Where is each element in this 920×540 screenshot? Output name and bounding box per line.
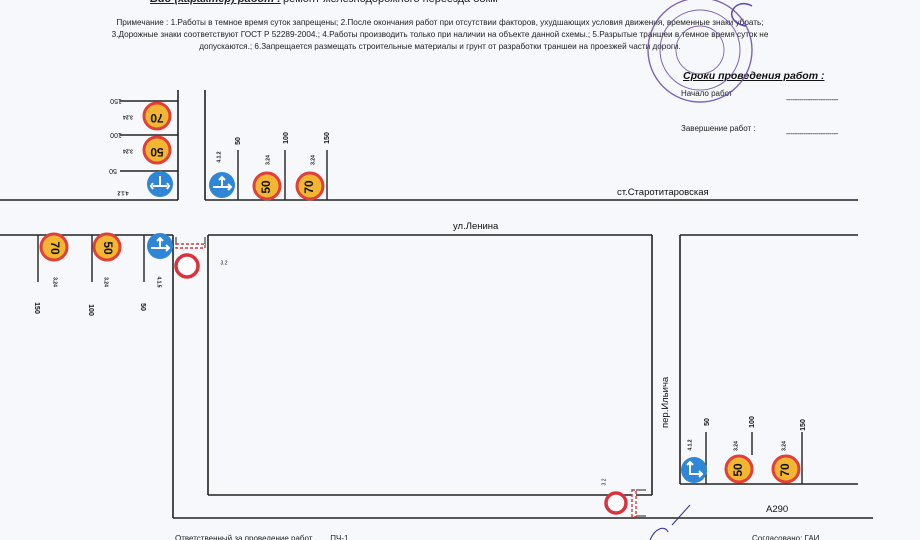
svg-text:3.24: 3.24 bbox=[123, 148, 133, 154]
svg-text:50: 50 bbox=[704, 418, 711, 426]
speed-limit-sign-70: 70 bbox=[144, 103, 170, 129]
street-label-main: ст.Старотитаровская bbox=[617, 187, 709, 198]
svg-text:3.24: 3.24 bbox=[52, 277, 58, 287]
svg-text:50: 50 bbox=[731, 463, 745, 477]
svg-text:70: 70 bbox=[48, 241, 62, 255]
svg-text:150: 150 bbox=[324, 132, 331, 144]
speed-limit-sign-50: 50 bbox=[144, 137, 170, 163]
svg-text:4.1.2: 4.1.2 bbox=[216, 151, 222, 162]
speed-limit-sign-50: 50 bbox=[254, 173, 280, 199]
svg-text:150: 150 bbox=[800, 419, 807, 431]
svg-text:50: 50 bbox=[235, 137, 242, 145]
svg-text:4.1.2: 4.1.2 bbox=[117, 190, 128, 196]
signature bbox=[650, 505, 690, 540]
closure-lenina bbox=[176, 237, 205, 277]
svg-text:3.2: 3.2 bbox=[221, 260, 228, 266]
svg-text:3.24: 3.24 bbox=[733, 441, 739, 451]
svg-text:50: 50 bbox=[101, 241, 115, 255]
svg-text:4.1.2: 4.1.2 bbox=[687, 439, 693, 450]
svg-text:150: 150 bbox=[33, 302, 40, 314]
speed-limit-sign-70: 70 bbox=[773, 456, 799, 482]
svg-text:150: 150 bbox=[110, 97, 122, 104]
svg-text:70: 70 bbox=[778, 463, 792, 477]
direction-sign-icon bbox=[681, 457, 707, 483]
footer-right: Согласовано: ГАИ bbox=[752, 534, 819, 540]
speed-limit-sign-50: 50 bbox=[94, 234, 120, 260]
street-label-ilyicha: пер.Ильича bbox=[660, 377, 671, 428]
speed-limit-sign-70: 70 bbox=[297, 173, 323, 199]
speed-limit-sign-50: 50 bbox=[726, 456, 752, 482]
closure-a290 bbox=[606, 490, 646, 517]
svg-text:3.24: 3.24 bbox=[310, 155, 316, 165]
svg-text:3.24: 3.24 bbox=[123, 114, 133, 120]
organization-stamp bbox=[648, 0, 752, 102]
svg-text:100: 100 bbox=[110, 131, 122, 138]
traffic-scheme: 5070507070505070 4.1.23.243.24501001504.… bbox=[0, 0, 920, 540]
svg-text:50: 50 bbox=[259, 180, 273, 194]
svg-text:50: 50 bbox=[139, 303, 146, 311]
speed-limit-sign-70: 70 bbox=[41, 234, 67, 260]
svg-text:100: 100 bbox=[87, 304, 94, 316]
svg-text:100: 100 bbox=[283, 132, 290, 144]
svg-text:3.2: 3.2 bbox=[601, 478, 607, 485]
svg-text:3.24: 3.24 bbox=[265, 155, 271, 165]
svg-text:100: 100 bbox=[749, 416, 756, 428]
svg-text:50: 50 bbox=[150, 145, 164, 159]
svg-text:3.24: 3.24 bbox=[781, 441, 787, 451]
direction-sign-icon bbox=[147, 171, 173, 197]
street-label-highway: А290 bbox=[766, 504, 788, 515]
footer-left: Ответственный за проведение работ ......… bbox=[175, 534, 348, 540]
direction-sign-icon bbox=[209, 172, 235, 198]
street-label-lenina: ул.Ленина bbox=[453, 221, 498, 232]
svg-text:50: 50 bbox=[109, 167, 117, 174]
svg-text:70: 70 bbox=[150, 111, 164, 125]
direction-sign-icon bbox=[147, 233, 173, 259]
svg-text:70: 70 bbox=[302, 180, 316, 194]
svg-text:4.1.5: 4.1.5 bbox=[156, 276, 162, 287]
svg-text:3.24: 3.24 bbox=[103, 277, 109, 287]
